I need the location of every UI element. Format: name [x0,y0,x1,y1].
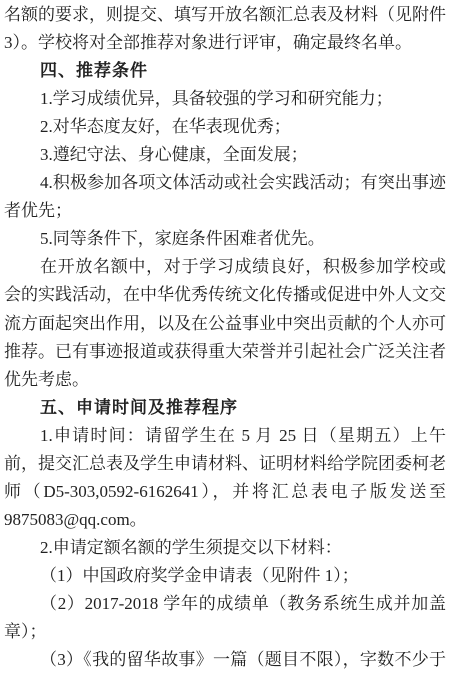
section-heading-4: 四、推荐条件 [4,57,446,85]
doc-line: 3）。学校将对全部推荐对象进行评审，确定最终名单。 [4,29,446,57]
doc-line: 名额的要求，则提交、填写开放名额汇总表及材料（见附件 [4,1,446,29]
doc-line: 师（D5-303,0592-6162641），并将汇总表电子版发送至 [4,478,446,506]
doc-line: 者优先； [4,197,446,225]
doc-line: （3）《我的留华故事》一篇（题目不限），字数不少于 [4,646,446,674]
doc-line: 5.同等条件下，家庭条件困难者优先。 [4,225,446,253]
doc-line: 推荐。已有事迹报道或获得重大荣誉并引起社会广泛关注者 [4,338,446,366]
doc-line: 3.遵纪守法、身心健康，全面发展； [4,141,446,169]
section-heading-5: 五、申请时间及推荐程序 [4,394,446,422]
document-page: 名额的要求，则提交、填写开放名额汇总表及材料（见附件 3）。学校将对全部推荐对象… [0,0,451,674]
doc-line: （2）2017-2018 学年的成绩单（教务系统生成并加盖公 [4,590,446,618]
doc-line: 4.积极参加各项文体活动或社会实践活动；有突出事迹 [4,169,446,197]
doc-line: 1.学习成绩优异，具备较强的学习和研究能力； [4,85,446,113]
doc-line: 2.对华态度友好，在华表现优秀； [4,113,446,141]
doc-line: 流方面起突出作用，以及在公益事业中突出贡献的个人亦可 [4,310,446,338]
doc-line: 前，提交汇总表及学生申请材料、证明材料给学院团委柯老 [4,450,446,478]
doc-line: 章）； [4,618,446,646]
doc-line: 会的实践活动，在中华优秀传统文化传播或促进中外人文交 [4,281,446,309]
doc-line: 1.申请时间：请留学生在 5 月 25 日（星期五）上午 12:00 [4,422,446,450]
doc-line: （1）中国政府奖学金申请表（见附件 1）； [4,562,446,590]
doc-line: 在开放名额中，对于学习成绩良好，积极参加学校或社 [4,253,446,281]
doc-line-email: 9875083@qq.com。 [4,506,446,534]
doc-line: 优先考虑。 [4,366,446,394]
doc-line: 2.申请定额名额的学生须提交以下材料： [4,534,446,562]
